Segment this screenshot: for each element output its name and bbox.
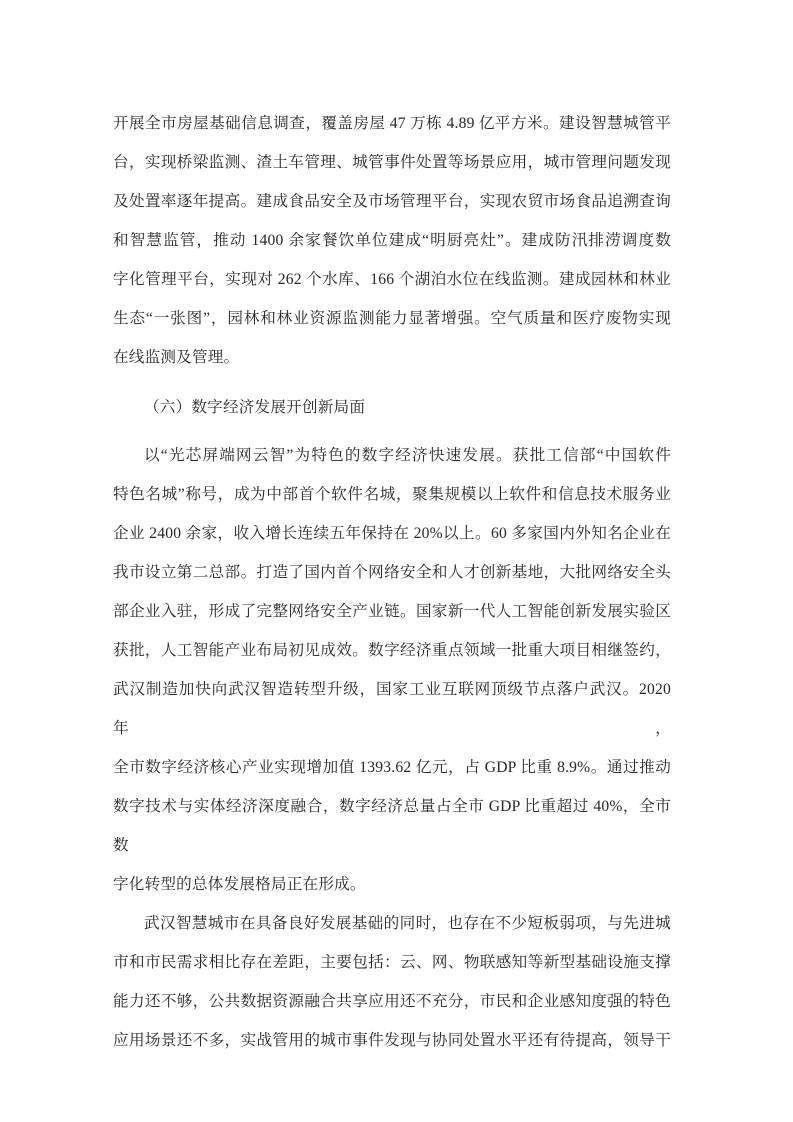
text-line: 数字技术与实体经济深度融合，数字经济总量占全市 GDP 比重超过 40%，全市数 [113,787,671,865]
document-page: 开展全市房屋基础信息调查，覆盖房屋 47 万栋 4.89 亿平方米。建设智慧城管… [0,0,793,1122]
text-line: 武汉制造加快向武汉智造转型升级，国家工业互联网顶级节点落户武汉。2020 年， [113,670,671,748]
text-line: 全市数字经济核心产业实现增加值 1393.62 亿元，占 GDP 比重 8.9%… [113,748,671,787]
text-line: 市和市民需求相比存在差距，主要包括：云、网、物联感知等新型基础设施支撑 [113,943,671,982]
text-line: 开展全市房屋基础信息调查，覆盖房屋 47 万栋 4.89 亿平方米。建设智慧城管… [113,104,671,143]
text-line: 字化管理平台，实现对 262 个水库、166 个湖泊水位在线监测。建成园林和林业 [113,260,671,299]
text-line: 生态“一张图”，园林和林业资源监测能力显著增强。空气质量和医疗废物实现 [113,299,671,338]
text-line: 字化转型的总体发展格局正在形成。 [113,865,671,904]
text-line: 部企业入驻，形成了完整网络安全产业链。国家新一代人工智能创新发展实验区 [113,592,671,631]
paragraph-city-management: 开展全市房屋基础信息调查，覆盖房屋 47 万栋 4.89 亿平方米。建设智慧城管… [113,104,671,377]
text-line: 特色名城”称号，成为中部首个软件名城，聚集规模以上软件和信息技术服务业 [113,475,671,514]
text-column: 开展全市房屋基础信息调查，覆盖房屋 47 万栋 4.89 亿平方米。建设智慧城管… [113,104,671,1060]
text-line: 我市设立第二总部。打造了国内首个网络安全和人才创新基地，大批网络安全头 [113,553,671,592]
text-line: 以“光芯屏端网云智”为特色的数字经济快速发展。获批工信部“中国软件 [113,436,671,475]
text-line: 能力还不够，公共数据资源融合共享应用还不充分，市民和企业感知度强的特色 [113,982,671,1021]
text-line: 台，实现桥梁监测、渣土车管理、城管事件处置等场景应用，城市管理问题发现 [113,143,671,182]
text-line: 在线监测及管理。 [113,338,671,377]
text-line: 企业 2400 余家，收入增长连续五年保持在 20%以上。60 多家国内外知名企… [113,514,671,553]
text-line: 及处置率逐年提高。建成食品安全及市场管理平台，实现农贸市场食品追溯查询 [113,182,671,221]
section-heading-digital-economy: （六）数字经济发展开创新局面 [113,388,671,427]
section-heading-text: （六）数字经济发展开创新局面 [113,388,671,427]
paragraph-digital-economy: 以“光芯屏端网云智”为特色的数字经济快速发展。获批工信部“中国软件 特色名城”称… [113,436,671,904]
text-line: 应用场景还不多，实战管用的城市事件发现与协同处置水平还有待提高，领导干 [113,1021,671,1060]
text-line: 武汉智慧城市在具备良好发展基础的同时，也存在不少短板弱项，与先进城 [113,904,671,943]
paragraph-shortcomings: 武汉智慧城市在具备良好发展基础的同时，也存在不少短板弱项，与先进城 市和市民需求… [113,904,671,1060]
text-line: 获批，人工智能产业布局初见成效。数字经济重点领域一批重大项目相继签约， [113,631,671,670]
text-line: 和智慧监管，推动 1400 余家餐饮单位建成“明厨亮灶”。建成防汛排涝调度数 [113,221,671,260]
